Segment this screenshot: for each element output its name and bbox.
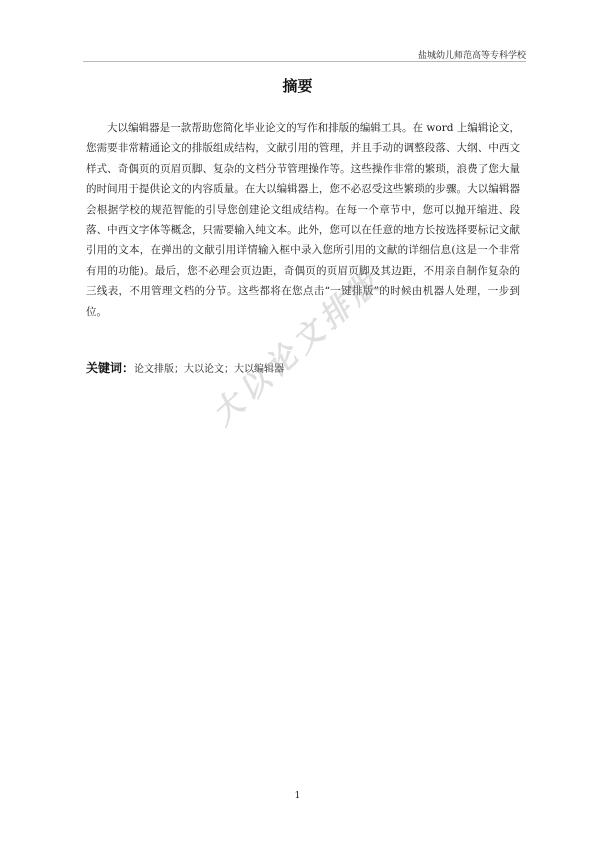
keywords-label: 关键词： xyxy=(86,361,134,375)
abstract-paragraph: 大以编辑器是一款帮助您简化毕业论文的写作和排版的编辑工具。在 word 上编辑论… xyxy=(86,118,520,322)
page-number: 1 xyxy=(0,791,595,801)
page-title: 摘要 xyxy=(0,75,595,96)
header-institution: 盐城幼儿师范高等专科学校 xyxy=(418,48,526,61)
page-header: 盐城幼儿师范高等专科学校 xyxy=(83,44,526,62)
